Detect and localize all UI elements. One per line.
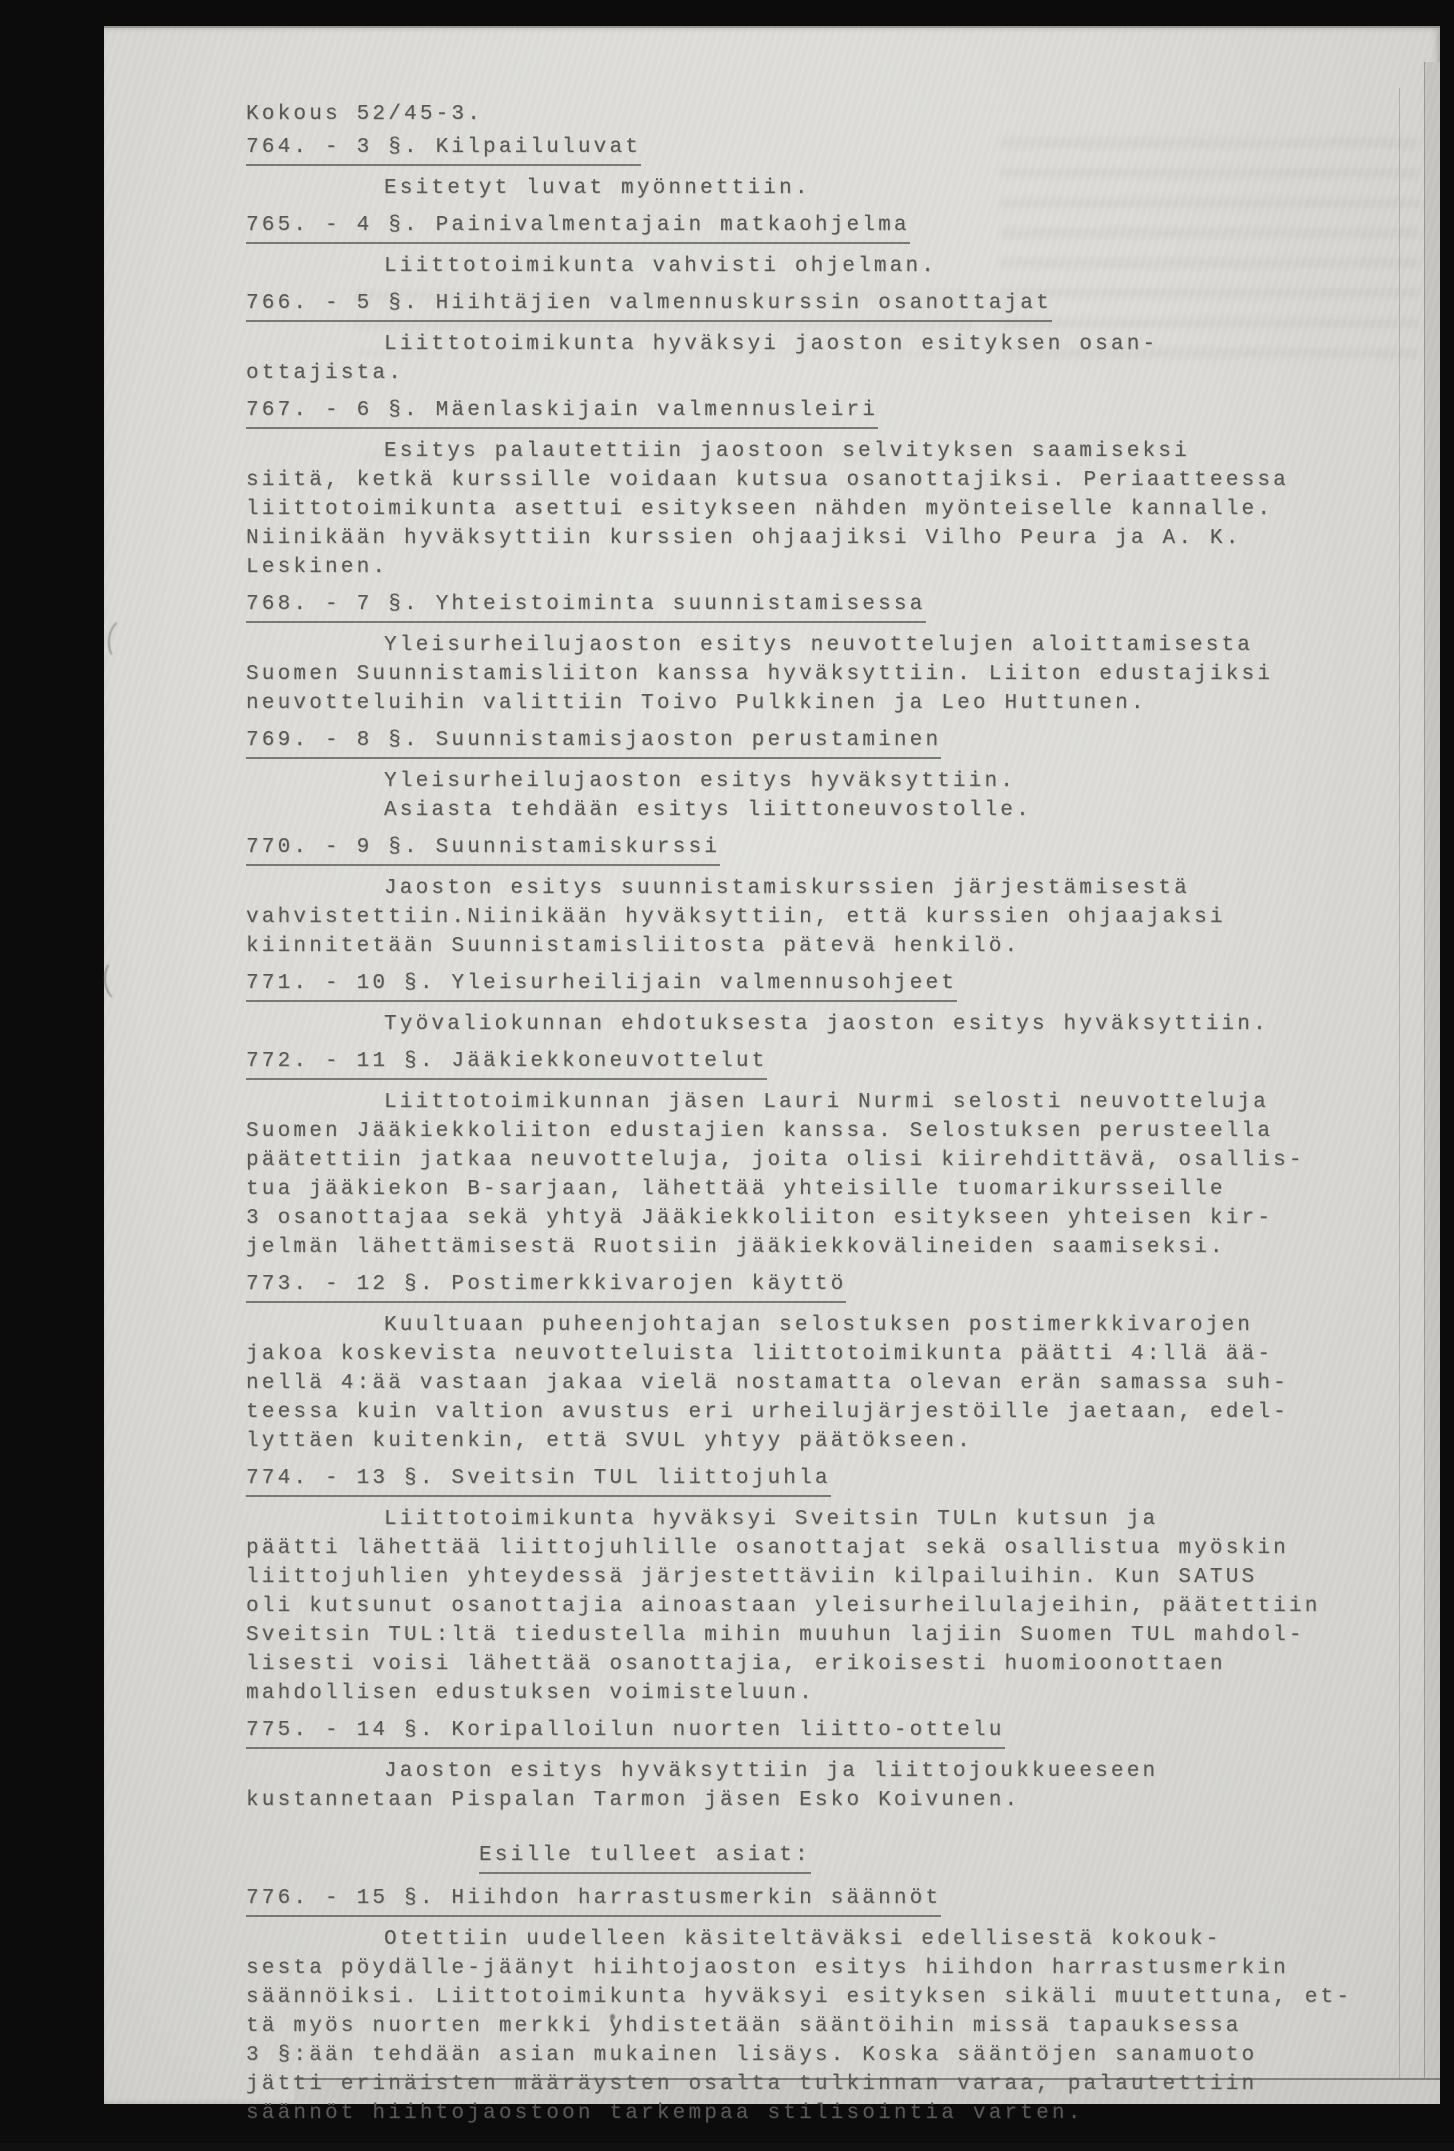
section-heading: 765. - 4 §. Painivalmentajain matkaohjel…	[246, 211, 1424, 244]
section-body-line: vahvistettiin.Niinikään hyväksyttiin, et…	[246, 903, 1424, 932]
minutes-content: Kokous 52/45-3. 764. - 3 §. Kilpailuluva…	[246, 100, 1424, 2136]
minute-section: 776. - 15 §. Hiihdon harrastusmerkin sää…	[246, 1884, 1424, 2128]
section-body-line: siitä, ketkä kurssille voidaan kutsua os…	[246, 466, 1424, 495]
scan-bottom-shadow	[0, 2143, 1454, 2151]
minute-section: 767. - 6 §. Mäenlaskijain valmennusleiri…	[246, 396, 1424, 582]
interim-heading: Esille tulleet asiat:	[479, 1841, 1424, 1874]
section-heading: 768. - 7 §. Yhteistoiminta suunnistamise…	[246, 590, 1424, 623]
section-body-line: jelmän lähettämisestä Ruotsiin jääkiekko…	[246, 1233, 1424, 1262]
section-body-line: kustannetaan Pispalan Tarmon jäsen Esko …	[246, 1786, 1424, 1815]
section-body-line: lyttäen kuitenkin, että SVUL yhtyy päätö…	[246, 1427, 1424, 1456]
interim-heading-text: Esille tulleet asiat:	[479, 1841, 811, 1874]
section-body-line: Kuultuaan puheenjohtajan selostuksen pos…	[246, 1311, 1424, 1340]
minute-section: 774. - 13 §. Sveitsin TUL liittojuhlaLii…	[246, 1464, 1424, 1708]
section-heading-text: 771. - 10 §. Yleisurheilijain valmennuso…	[246, 969, 957, 1002]
section-heading: 766. - 5 §. Hiihtäjien valmennuskurssin …	[246, 289, 1424, 322]
section-body-line: Liittotoimikunta vahvisti ohjelman.	[246, 252, 1424, 281]
section-heading-text: 775. - 14 §. Koripalloilun nuorten liitt…	[246, 1716, 1005, 1749]
section-body-line: liittotoimikunta asettui esitykseen nähd…	[246, 495, 1424, 524]
minute-section: 764. - 3 §. KilpailuluvatEsitetyt luvat …	[246, 133, 1424, 203]
section-body-line: Jaoston esitys hyväksyttiin ja liittojou…	[246, 1757, 1424, 1786]
minute-section: 768. - 7 §. Yhteistoiminta suunnistamise…	[246, 590, 1424, 718]
section-heading-text: 768. - 7 §. Yhteistoiminta suunnistamise…	[246, 590, 926, 623]
section-heading-text: 772. - 11 §. Jääkiekkoneuvottelut	[246, 1047, 767, 1080]
pen-mark	[102, 957, 136, 1004]
section-heading: 775. - 14 §. Koripalloilun nuorten liitt…	[246, 1716, 1424, 1749]
pen-mark	[105, 616, 141, 664]
minute-section: 765. - 4 §. Painivalmentajain matkaohjel…	[246, 211, 1424, 281]
section-body-line: ottajista.	[246, 359, 1424, 388]
section-body-line: Esitetyt luvat myönnettiin.	[246, 174, 1424, 203]
section-body-line: tua jääkiekon B-sarjaan, lähettää yhteis…	[246, 1175, 1424, 1204]
section-body-line: Leskinen.	[246, 553, 1424, 582]
section-body-line: Suomen Jääkiekkoliiton edustajien kanssa…	[246, 1117, 1424, 1146]
section-heading: 774. - 13 §. Sveitsin TUL liittojuhla	[246, 1464, 1424, 1497]
section-heading: 769. - 8 §. Suunnistamisjaoston perustam…	[246, 726, 1424, 759]
section-body-line: Liittotoimikunta hyväksyi Sveitsin TULn …	[246, 1505, 1424, 1534]
section-heading: 767. - 6 §. Mäenlaskijain valmennusleiri	[246, 396, 1424, 429]
section-body-line: Liittotoimikunnan jäsen Lauri Nurmi selo…	[246, 1088, 1424, 1117]
section-body-line: Liittotoimikunta hyväksyi jaoston esityk…	[246, 330, 1424, 359]
section-heading: 764. - 3 §. Kilpailuluvat	[246, 133, 1424, 166]
section-body-line: nellä 4:ää vastaan jakaa vielä nostamatt…	[246, 1369, 1424, 1398]
minute-section: 775. - 14 §. Koripalloilun nuorten liitt…	[246, 1716, 1424, 1815]
section-heading: 772. - 11 §. Jääkiekkoneuvottelut	[246, 1047, 1424, 1080]
section-body-line: jätti erinäisten määräysten osalta tulki…	[246, 2070, 1424, 2099]
section-heading: 771. - 10 §. Yleisurheilijain valmennuso…	[246, 969, 1424, 1002]
minute-section: 766. - 5 §. Hiihtäjien valmennuskurssin …	[246, 289, 1424, 388]
minute-section: 770. - 9 §. SuunnistamiskurssiJaoston es…	[246, 833, 1424, 961]
section-heading-text: 765. - 4 §. Painivalmentajain matkaohjel…	[246, 211, 910, 244]
section-heading: 776. - 15 §. Hiihdon harrastusmerkin sää…	[246, 1884, 1424, 1917]
section-body-line: päätti lähettää liittojuhlille osanottaj…	[246, 1534, 1424, 1563]
section-body-line: lisesti voisi lähettää osanottajia, erik…	[246, 1650, 1424, 1679]
sections-list: 764. - 3 §. KilpailuluvatEsitetyt luvat …	[246, 133, 1424, 2128]
section-heading-text: 764. - 3 §. Kilpailuluvat	[246, 133, 641, 166]
section-body-line: tä myös nuorten merkki yhdistetään säänt…	[246, 2012, 1424, 2041]
section-body-line: Yleisurheilujaoston esitys neuvottelujen…	[246, 631, 1424, 660]
section-body-line: säännöiksi. Liittotoimikunta hyväksyi es…	[246, 1983, 1424, 2012]
section-body-line: jakoa koskevista neuvotteluista liittoto…	[246, 1340, 1424, 1369]
section-heading: 770. - 9 §. Suunnistamiskurssi	[246, 833, 1424, 866]
section-heading: 773. - 12 §. Postimerkkivarojen käyttö	[246, 1270, 1424, 1303]
section-heading-text: 773. - 12 §. Postimerkkivarojen käyttö	[246, 1270, 846, 1303]
section-heading-text: 776. - 15 §. Hiihdon harrastusmerkin sää…	[246, 1884, 941, 1917]
section-heading-text: 770. - 9 §. Suunnistamiskurssi	[246, 833, 720, 866]
minute-section: 769. - 8 §. Suunnistamisjaoston perustam…	[246, 726, 1424, 825]
section-body-line: oli kutsunut osanottajia ainoastaan ylei…	[246, 1592, 1424, 1621]
section-heading-text: 769. - 8 §. Suunnistamisjaoston perustam…	[246, 726, 941, 759]
section-body-line: kiinnitetään Suunnistamisliitosta pätevä…	[246, 932, 1424, 961]
page-stack-edge	[6, 24, 104, 2140]
section-body-line: Yleisurheilujaoston esitys hyväksyttiin.	[246, 767, 1424, 796]
section-body-line: Esitys palautettiin jaostoon selvityksen…	[246, 437, 1424, 466]
section-body-line: Suomen Suunnistamisliiton kanssa hyväksy…	[246, 660, 1424, 689]
section-heading-text: 774. - 13 §. Sveitsin TUL liittojuhla	[246, 1464, 831, 1497]
scanned-page: Kokous 52/45-3. 764. - 3 §. Kilpailuluva…	[104, 26, 1440, 2104]
section-body-line: mahdollisen edustuksen voimisteluun.	[246, 1679, 1424, 1708]
minute-section: 771. - 10 §. Yleisurheilijain valmennuso…	[246, 969, 1424, 1039]
section-body-line: Niinikään hyväksyttiin kurssien ohjaajik…	[246, 524, 1424, 553]
minute-section: 773. - 12 §. Postimerkkivarojen käyttöKu…	[246, 1270, 1424, 1456]
section-body-line: neuvotteluihin valittiin Toivo Pulkkinen…	[246, 689, 1424, 718]
section-body-line: Asiasta tehdään esitys liittoneuvostolle…	[246, 796, 1424, 825]
minute-section: 772. - 11 §. JääkiekkoneuvottelutLiittot…	[246, 1047, 1424, 1262]
section-body-line: päätettiin jatkaa neuvotteluja, joita ol…	[246, 1146, 1424, 1175]
section-body-line: Jaoston esitys suunnistamiskurssien järj…	[246, 874, 1424, 903]
scan-background: { "page": { "meeting_ref": "Kokous 52/45…	[0, 0, 1454, 2151]
section-body-line: 3 osanottajaa sekä yhtyä Jääkiekkoliiton…	[246, 1204, 1424, 1233]
underlying-sheet-edge	[1424, 62, 1440, 2104]
section-body-line: 3 §:ään tehdään asian mukainen lisäys. K…	[246, 2041, 1424, 2070]
section-heading-text: 766. - 5 §. Hiihtäjien valmennuskurssin …	[246, 289, 1052, 322]
section-body-line: sesta pöydälle-jäänyt hiihtojaoston esit…	[246, 1954, 1424, 1983]
section-body-line: Sveitsin TUL:ltä tiedustella mihin muuhu…	[246, 1621, 1424, 1650]
section-body-line: Otettiin uudelleen käsiteltäväksi edelli…	[246, 1925, 1424, 1954]
meeting-reference: Kokous 52/45-3.	[246, 100, 1424, 129]
section-body-line: liittojuhlien yhteydessä järjestettäviin…	[246, 1563, 1424, 1592]
section-body-line: teessa kuin valtion avustus eri urheiluj…	[246, 1398, 1424, 1427]
section-body-line: Työvaliokunnan ehdotuksesta jaoston esit…	[246, 1010, 1424, 1039]
section-heading-text: 767. - 6 §. Mäenlaskijain valmennusleiri	[246, 396, 878, 429]
section-body-line: säännöt hiihtojaostoon tarkempaa stiliso…	[246, 2099, 1424, 2128]
